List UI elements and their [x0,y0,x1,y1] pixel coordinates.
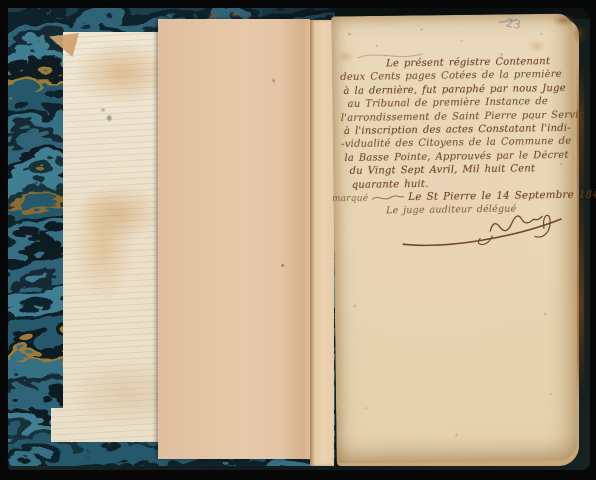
gutter-page-edge [310,20,334,466]
pencil-folio-number: 23 [502,17,537,52]
flyleaf-page [158,19,310,459]
ink-flourish-dash [371,193,405,202]
scanned-document: 23 Le présent régistre Contenant deux Ce… [0,0,596,480]
handwritten-text: Le présent régistre Contenant deux Cents… [340,55,574,219]
margin-note: marqué [332,193,368,207]
pastedown-page [51,32,175,442]
cover-edge-wear-corner [548,10,588,44]
